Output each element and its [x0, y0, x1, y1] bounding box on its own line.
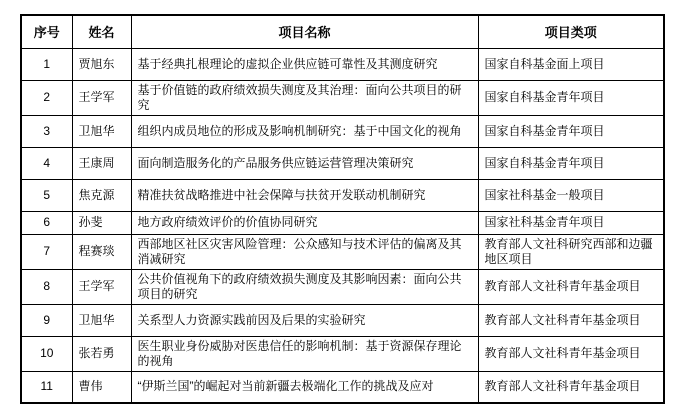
project-name-cell: 西部地区社区灾害风险管理：公众感知与技术评估的偏离及其消减研究	[131, 234, 478, 269]
project-category-cell: 国家自科基金青年项目	[478, 80, 664, 115]
table-row: 5焦克源精准扶贫战略推进中社会保障与扶贫开发联动机制研究国家社科基金一般项目	[21, 179, 664, 211]
project-category-cell: 教育部人文社科青年基金项目	[478, 269, 664, 304]
table-row: 9卫旭华关系型人力资源实践前因及后果的实验研究教育部人文社科青年基金项目	[21, 304, 664, 336]
name-cell: 孙斐	[72, 211, 131, 234]
project-category-cell: 教育部人文社科研究西部和边疆地区项目	[478, 234, 664, 269]
table-row: 7程赛琰西部地区社区灾害风险管理：公众感知与技术评估的偏离及其消减研究教育部人文…	[21, 234, 664, 269]
table-row: 1贾旭东基于经典扎根理论的虚拟企业供应链可靠性及其测度研究国家自科基金面上项目	[21, 48, 664, 80]
row-number-cell: 1	[21, 48, 72, 80]
project-category-cell: 国家自科基金面上项目	[478, 48, 664, 80]
header-row: 序号 姓名 项目名称 项目类项	[21, 15, 664, 48]
projects-table: 序号 姓名 项目名称 项目类项 1贾旭东基于经典扎根理论的虚拟企业供应链可靠性及…	[20, 14, 665, 404]
name-cell: 卫旭华	[72, 115, 131, 147]
name-cell: 卫旭华	[72, 304, 131, 336]
name-cell: 王学军	[72, 269, 131, 304]
project-category-cell: 国家自科基金青年项目	[478, 115, 664, 147]
header-project-category: 项目类项	[478, 15, 664, 48]
project-category-cell: 国家社科基金青年项目	[478, 211, 664, 234]
name-cell: 王康周	[72, 147, 131, 179]
name-cell: 焦克源	[72, 179, 131, 211]
header-row-number: 序号	[21, 15, 72, 48]
table-row: 3卫旭华组织内成员地位的形成及影响机制研究：基于中国文化的视角国家自科基金青年项…	[21, 115, 664, 147]
header-name: 姓名	[72, 15, 131, 48]
header-project-name: 项目名称	[131, 15, 478, 48]
name-cell: 王学军	[72, 80, 131, 115]
project-category-cell: 教育部人文社科青年基金项目	[478, 336, 664, 371]
document-page: 序号 姓名 项目名称 项目类项 1贾旭东基于经典扎根理论的虚拟企业供应链可靠性及…	[0, 0, 681, 416]
row-number-cell: 6	[21, 211, 72, 234]
name-cell: 曹伟	[72, 371, 131, 403]
project-category-cell: 教育部人文社科青年基金项目	[478, 371, 664, 403]
row-number-cell: 11	[21, 371, 72, 403]
row-number-cell: 2	[21, 80, 72, 115]
project-name-cell: 精准扶贫战略推进中社会保障与扶贫开发联动机制研究	[131, 179, 478, 211]
table-row: 8王学军公共价值视角下的政府绩效损失测度及其影响因素：面向公共项目的研究教育部人…	[21, 269, 664, 304]
table-row: 2王学军基于价值链的政府绩效损失测度及其治理：面向公共项目的研究国家自科基金青年…	[21, 80, 664, 115]
row-number-cell: 7	[21, 234, 72, 269]
project-category-cell: 国家社科基金一般项目	[478, 179, 664, 211]
row-number-cell: 3	[21, 115, 72, 147]
table-row: 10张若勇医生职业身份威胁对医患信任的影响机制：基于资源保存理论的视角教育部人文…	[21, 336, 664, 371]
row-number-cell: 10	[21, 336, 72, 371]
table-row: 11曹伟“伊斯兰国”的崛起对当前新疆去极端化工作的挑战及应对教育部人文社科青年基…	[21, 371, 664, 403]
name-cell: 张若勇	[72, 336, 131, 371]
table-body: 1贾旭东基于经典扎根理论的虚拟企业供应链可靠性及其测度研究国家自科基金面上项目2…	[21, 48, 664, 403]
row-number-cell: 4	[21, 147, 72, 179]
project-category-cell: 国家自科基金青年项目	[478, 147, 664, 179]
table-row: 6孙斐地方政府绩效评价的价值协同研究国家社科基金青年项目	[21, 211, 664, 234]
project-name-cell: “伊斯兰国”的崛起对当前新疆去极端化工作的挑战及应对	[131, 371, 478, 403]
project-name-cell: 地方政府绩效评价的价值协同研究	[131, 211, 478, 234]
project-name-cell: 关系型人力资源实践前因及后果的实验研究	[131, 304, 478, 336]
project-name-cell: 医生职业身份威胁对医患信任的影响机制：基于资源保存理论的视角	[131, 336, 478, 371]
project-name-cell: 基于价值链的政府绩效损失测度及其治理：面向公共项目的研究	[131, 80, 478, 115]
project-name-cell: 组织内成员地位的形成及影响机制研究：基于中国文化的视角	[131, 115, 478, 147]
row-number-cell: 9	[21, 304, 72, 336]
row-number-cell: 5	[21, 179, 72, 211]
name-cell: 贾旭东	[72, 48, 131, 80]
name-cell: 程赛琰	[72, 234, 131, 269]
project-category-cell: 教育部人文社科青年基金项目	[478, 304, 664, 336]
project-name-cell: 公共价值视角下的政府绩效损失测度及其影响因素：面向公共项目的研究	[131, 269, 478, 304]
row-number-cell: 8	[21, 269, 72, 304]
project-name-cell: 基于经典扎根理论的虚拟企业供应链可靠性及其测度研究	[131, 48, 478, 80]
project-name-cell: 面向制造服务化的产品服务供应链运营管理决策研究	[131, 147, 478, 179]
table-row: 4王康周面向制造服务化的产品服务供应链运营管理决策研究国家自科基金青年项目	[21, 147, 664, 179]
